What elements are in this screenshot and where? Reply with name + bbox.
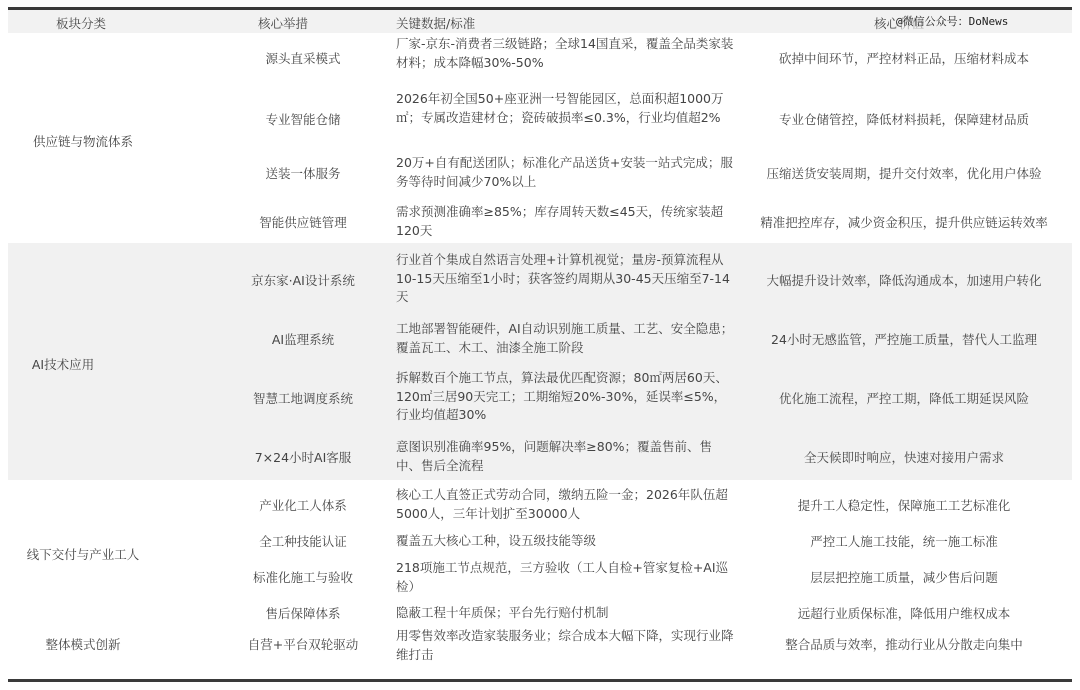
data-cell: 行业首个集成自然语言处理+计算机视觉；量房-预算流程从10-15天压缩至1小时；… bbox=[396, 251, 736, 307]
measure-cell: 京东家·AI设计系统 bbox=[203, 271, 403, 289]
value-cell: 严控工人施工技能，统一施工标准 bbox=[736, 532, 1072, 550]
data-cell: 核心工人直签正式劳动合同，缴纳五险一金；2026年队伍超5000人，三年计划扩至… bbox=[396, 486, 736, 523]
measure-cell: 智能供应链管理 bbox=[203, 213, 403, 231]
value-cell: 远超行业质保标准，降低用户维权成本 bbox=[736, 604, 1072, 622]
table-row: 京东家·AI设计系统 行业首个集成自然语言处理+计算机视觉；量房-预算流程从10… bbox=[8, 251, 1072, 311]
table-row: 专业智能仓储 2026年初全国50+座亚洲一号智能园区，总面积超1000万㎡；专… bbox=[8, 90, 1072, 150]
measure-cell: 标准化施工与验收 bbox=[203, 568, 403, 586]
value-cell: 层层把控施工质量，减少售后问题 bbox=[736, 568, 1072, 586]
data-cell: 意图识别准确率95%，问题解决率≥80%；覆盖售前、售中、售后全流程 bbox=[396, 438, 736, 475]
data-cell: 覆盖五大核心工种，设五级技能等级 bbox=[396, 532, 736, 551]
table-row: 产业化工人体系 核心工人直签正式劳动合同，缴纳五险一金；2026年队伍超5000… bbox=[8, 486, 1072, 526]
value-cell: 全天候即时响应，快速对接用户需求 bbox=[736, 448, 1072, 466]
data-cell: 用零售效率改造家装服务业；综合成本大幅下降，实现行业降维打击 bbox=[396, 627, 736, 664]
measure-cell: 智慧工地调度系统 bbox=[203, 389, 403, 407]
measure-cell: 售后保障体系 bbox=[203, 604, 403, 622]
watermark: @微信公众号：DoNews bbox=[896, 13, 1008, 29]
measure-cell: AI监理系统 bbox=[203, 330, 403, 348]
header-category: 板块分类 bbox=[56, 14, 106, 32]
table-row: 售后保障体系 隐蔽工程十年质保；平台先行赔付机制 远超行业质保标准，降低用户维权… bbox=[8, 604, 1072, 626]
measure-cell: 专业智能仓储 bbox=[203, 110, 403, 128]
section-ai: AI技术应用 京东家·AI设计系统 行业首个集成自然语言处理+计算机视觉；量房-… bbox=[8, 243, 1072, 480]
table-row: 源头直采模式 厂家-京东-消费者三级链路；全球14国直采，覆盖全品类家装材料；成… bbox=[8, 35, 1072, 80]
data-cell: 厂家-京东-消费者三级链路；全球14国直采，覆盖全品类家装材料；成本降幅30%-… bbox=[396, 35, 736, 72]
measure-cell: 送装一体服务 bbox=[203, 164, 403, 182]
table-bottom-border bbox=[8, 679, 1072, 682]
value-cell: 大幅提升设计效率，降低沟通成本，加速用户转化 bbox=[736, 271, 1072, 289]
data-cell: 拆解数百个施工节点，算法最优匹配资源；80㎡两居60天、120㎡三居90天完工；… bbox=[396, 369, 736, 425]
table-row: 自营+平台双轮驱动 用零售效率改造家装服务业；综合成本大幅下降，实现行业降维打击… bbox=[8, 627, 1072, 667]
table-row: 送装一体服务 20万+自有配送团队；标准化产品送货+安装一站式完成；服务等待时间… bbox=[8, 154, 1072, 194]
data-cell: 2026年初全国50+座亚洲一号智能园区，总面积超1000万㎡；专属改造建材仓；… bbox=[396, 90, 736, 127]
section-offline-delivery: 线下交付与产业工人 产业化工人体系 核心工人直签正式劳动合同，缴纳五险一金；20… bbox=[8, 480, 1072, 625]
header-measure: 核心举措 bbox=[258, 14, 308, 32]
table-row: 全工种技能认证 覆盖五大核心工种，设五级技能等级 严控工人施工技能，统一施工标准 bbox=[8, 532, 1072, 554]
value-cell: 整合品质与效率，推动行业从分散走向集中 bbox=[736, 635, 1072, 653]
table-row: 智能供应链管理 需求预测准确率≥85%；库存周转天数≤45天，传统家装超120天… bbox=[8, 203, 1072, 243]
value-cell: 砍掉中间环节，严控材料正品，压缩材料成本 bbox=[736, 49, 1072, 67]
value-cell: 优化施工流程，严控工期，降低工期延误风险 bbox=[736, 389, 1072, 407]
measure-cell: 源头直采模式 bbox=[203, 49, 403, 67]
table-row: 标准化施工与验收 218项施工节点规范，三方验收（工人自检+管家复检+AI巡检）… bbox=[8, 559, 1072, 599]
section-supply-chain: 供应链与物流体系 源头直采模式 厂家-京东-消费者三级链路；全球14国直采，覆盖… bbox=[8, 33, 1072, 243]
header-data: 关键数据/标准 bbox=[396, 14, 475, 32]
value-cell: 精准把控库存，减少资金积压，提升供应链运转效率 bbox=[736, 213, 1072, 231]
data-cell: 218项施工节点规范，三方验收（工人自检+管家复检+AI巡检） bbox=[396, 559, 736, 596]
value-cell: 专业仓储管控，降低材料损耗，保障建材品质 bbox=[736, 110, 1072, 128]
comparison-table: 板块分类 核心举措 关键数据/标准 核心价值 供应链与物流体系 源头直采模式 厂… bbox=[8, 7, 1072, 665]
value-cell: 24小时无感监管，严控施工质量，替代人工监理 bbox=[736, 330, 1072, 348]
data-cell: 工地部署智能硬件，AI自动识别施工质量、工艺、安全隐患；覆盖瓦工、木工、油漆全施… bbox=[396, 320, 736, 357]
measure-cell: 产业化工人体系 bbox=[203, 496, 403, 514]
measure-cell: 7×24小时AI客服 bbox=[203, 448, 403, 466]
value-cell: 提升工人稳定性，保障施工工艺标准化 bbox=[736, 496, 1072, 514]
table-row: 智慧工地调度系统 拆解数百个施工节点，算法最优匹配资源；80㎡两居60天、120… bbox=[8, 369, 1072, 429]
measure-cell: 自营+平台双轮驱动 bbox=[203, 635, 403, 653]
table-row: AI监理系统 工地部署智能硬件，AI自动识别施工质量、工艺、安全隐患；覆盖瓦工、… bbox=[8, 320, 1072, 360]
data-cell: 需求预测准确率≥85%；库存周转天数≤45天，传统家装超120天 bbox=[396, 203, 736, 240]
value-cell: 压缩送货安装周期，提升交付效率，优化用户体验 bbox=[736, 164, 1072, 182]
measure-cell: 全工种技能认证 bbox=[203, 532, 403, 550]
data-cell: 20万+自有配送团队；标准化产品送货+安装一站式完成；服务等待时间减少70%以上 bbox=[396, 154, 736, 191]
data-cell: 隐蔽工程十年质保；平台先行赔付机制 bbox=[396, 604, 736, 623]
section-model-innovation: 整体模式创新 自营+平台双轮驱动 用零售效率改造家装服务业；综合成本大幅下降，实… bbox=[8, 625, 1072, 665]
table-row: 7×24小时AI客服 意图识别准确率95%，问题解决率≥80%；覆盖售前、售中、… bbox=[8, 438, 1072, 478]
